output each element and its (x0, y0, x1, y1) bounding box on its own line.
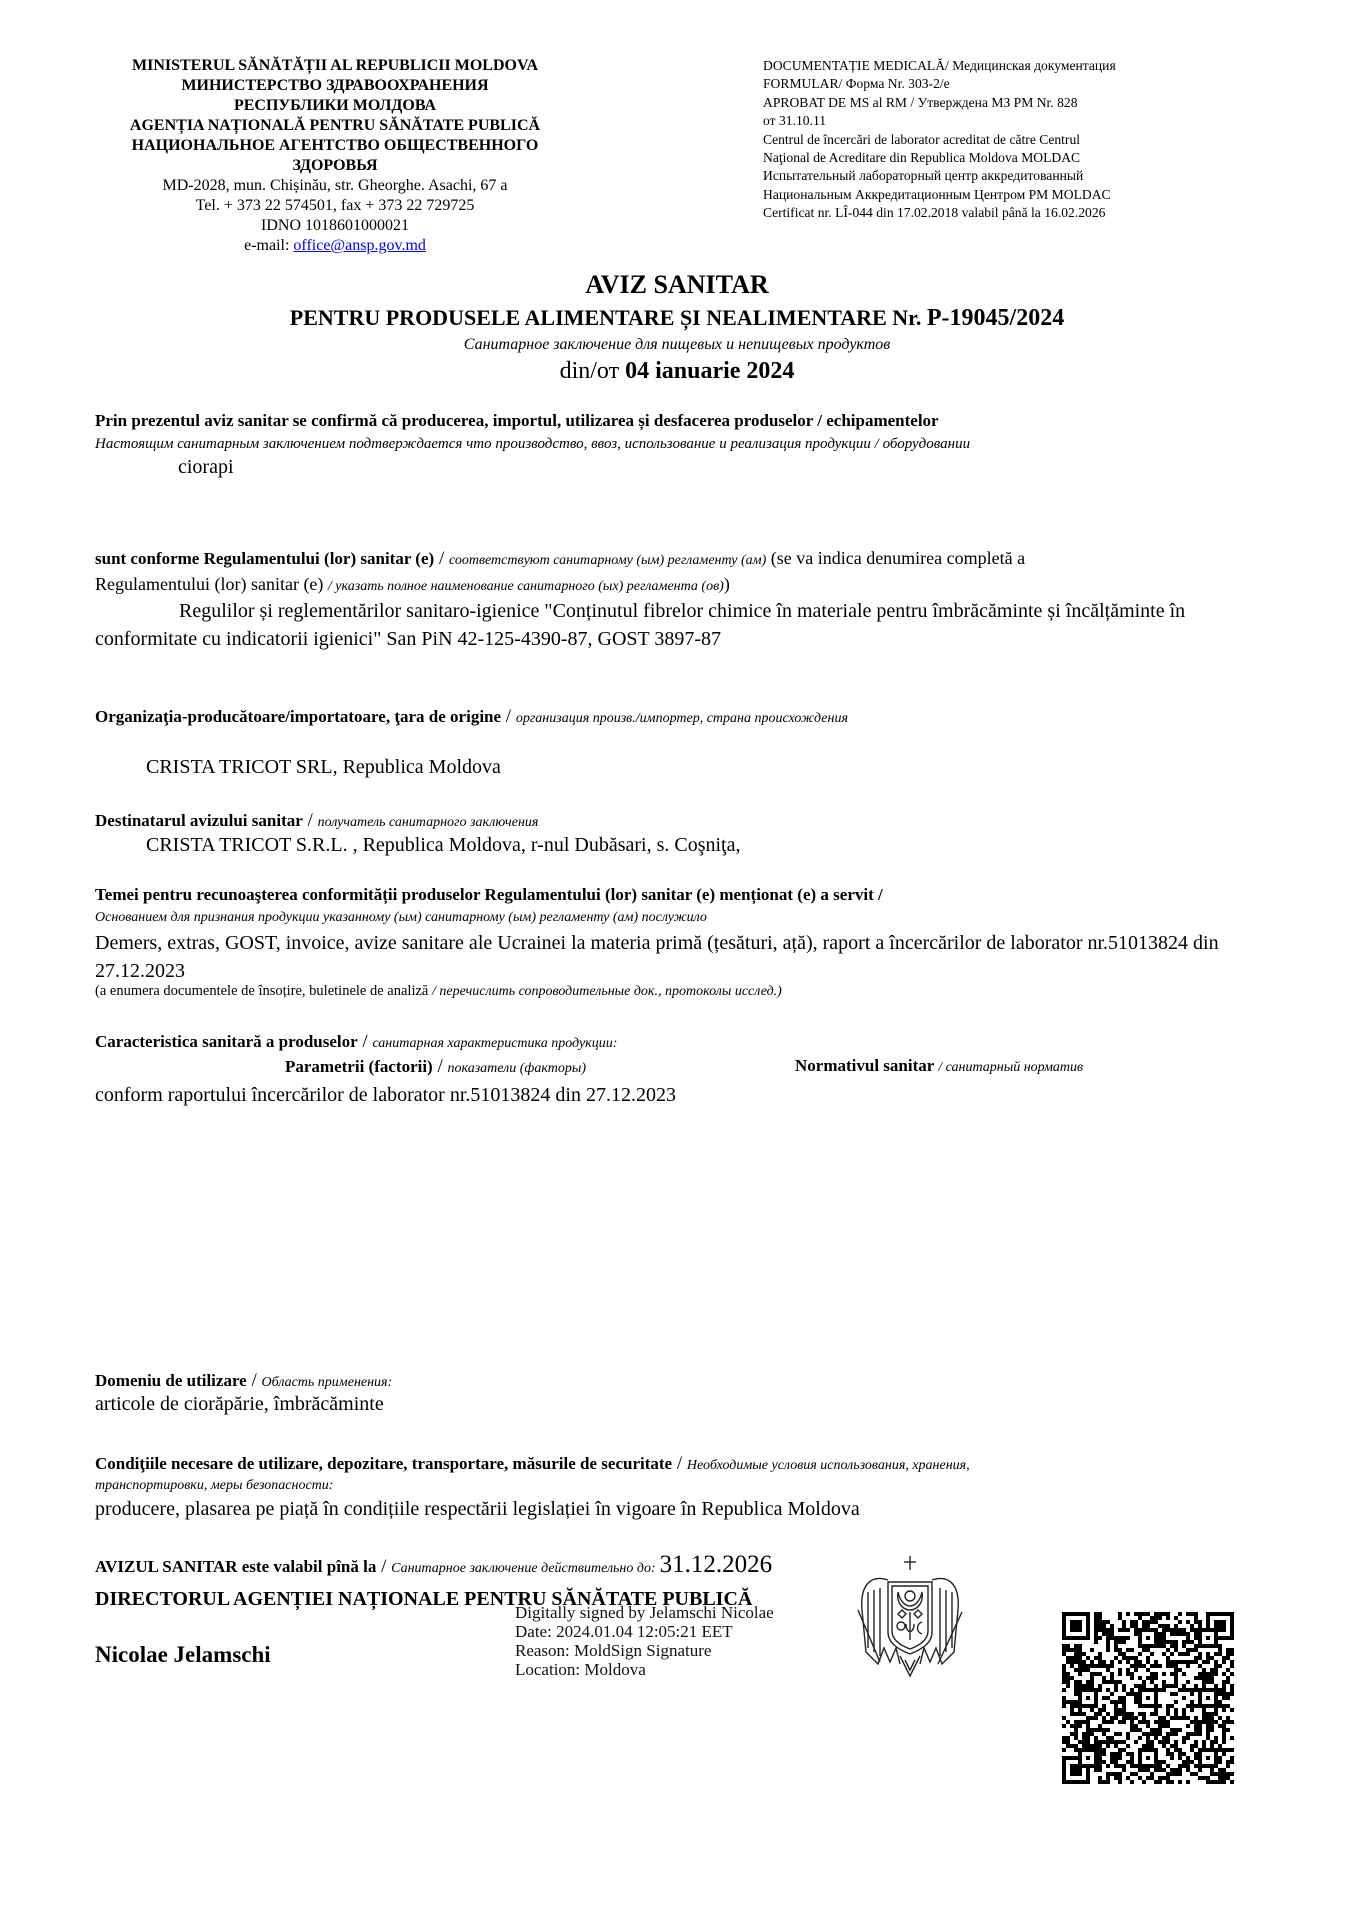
form-meta-line: APROBAT DE MS al RM / Утверждена МЗ РМ N… (763, 94, 1203, 112)
conform-label: sunt conforme Regulamentului (lor) sanit… (95, 549, 434, 568)
norm-label: Normativul sanitar (795, 1056, 934, 1075)
conditions-label: Condiţiile necesare de utilizare, depozi… (95, 1454, 672, 1473)
validity-date: 31.12.2026 (660, 1551, 773, 1578)
form-meta-line: Certificat nr. LÎ-044 din 17.02.2018 val… (763, 204, 1203, 222)
document-number: P-19045/2024 (927, 305, 1064, 331)
separator: / (434, 548, 449, 569)
email-label: e-mail: (244, 237, 293, 254)
conform-label-row: sunt conforme Regulamentului (lor) sanit… (95, 548, 1025, 570)
confirm-label-ru: Настоящим санитарным заключением подтвер… (95, 436, 970, 453)
producer-label: Organizaţia-producătoare/importatoare, ţ… (95, 707, 501, 726)
domain-label-row: Domeniu de utilizare / Область применени… (95, 1370, 392, 1392)
form-meta-line: FORMULAR/ Форма Nr. 303-2/e (763, 75, 1203, 93)
form-meta-line: от 31.10.11 (763, 112, 1203, 130)
separator: / (358, 1031, 373, 1052)
characteristics-label-ru: санитарная характеристика продукции: (372, 1036, 617, 1051)
issuer-header: MINISTERUL SĂNĂTĂȚII AL REPUBLICII MOLDO… (95, 56, 575, 256)
producer-label-ru: организация произв./импортер, страна про… (516, 711, 848, 726)
confirm-label: Prin prezentul aviz sanitar se confirmă … (95, 411, 939, 431)
form-metadata: DOCUMENTAȚIE MEDICALĂ/ Медицинская докум… (763, 57, 1203, 223)
producer-label-row: Organizaţia-producătoare/importatoare, ţ… (95, 706, 848, 728)
separator: / (501, 706, 516, 727)
document-title: AVIZ SANITAR (0, 270, 1354, 300)
parameters-label: Parametrii (factorii) (285, 1057, 433, 1076)
domain-label: Domeniu de utilizare (95, 1371, 247, 1390)
parameters-label-ru: показатели (факторы) (448, 1061, 586, 1076)
conform-note2: Regulamentului (lor) sanitar (e) (95, 574, 328, 594)
form-meta-line: Centrul de încercări de laborator acredi… (763, 131, 1203, 149)
issuer-line: AGENȚIA NAȚIONALĂ PENTRU SĂNĂTATE PUBLIC… (95, 116, 575, 136)
separator: / (247, 1370, 262, 1391)
signature-date: Date: 2024.01.04 12:05:21 EET (515, 1622, 774, 1641)
conditions-label-ru: Необходимые условия использования, хране… (687, 1458, 970, 1473)
grounds-label: Temei pentru recunoaşterea conformității… (95, 885, 883, 905)
signed-by: Digitally signed by Jelamschi Nicolae (515, 1603, 774, 1622)
signature-location: Location: Moldova (515, 1660, 774, 1679)
grounds-label-ru: Основанием для признания продукции указа… (95, 910, 707, 926)
separator: / (303, 810, 318, 831)
parameters-column-header: Parametrii (factorii) / показатели (факт… (285, 1056, 586, 1078)
norm-label-ru: / санитарный норматив (938, 1060, 1083, 1075)
issuer-address: MD-2028, mun. Chișinău, str. Gheorghe. A… (95, 176, 575, 196)
separator: / (376, 1556, 391, 1577)
grounds-note: (a enumera documentele de însoțire, bule… (95, 983, 432, 999)
recipient-value: CRISTA TRICOT S.R.L. , Republica Moldova… (146, 834, 740, 857)
moldova-coat-of-arms-icon (850, 1552, 970, 1682)
digital-signature: Digitally signed by Jelamschi Nicolae Da… (515, 1603, 774, 1679)
separator: / (672, 1453, 687, 1474)
regulation-name: Regulilor și reglementărilor sanitaro-ig… (95, 597, 1265, 653)
grounds-note-ru: / перечислить сопроводительные док., про… (432, 984, 782, 999)
form-meta-line: Naţional de Acreditare din Republica Mol… (763, 149, 1203, 167)
conform-label-ru: соответствуют санитарному (ым) регламент… (449, 553, 766, 568)
conform-label-row2: Regulamentului (lor) sanitar (e) / указа… (95, 574, 730, 595)
conditions-value: producere, plasarea pe piață în condiții… (95, 1498, 860, 1521)
validity-label: AVIZUL SANITAR este valabil pînă la (95, 1557, 376, 1576)
document-date: din/от 04 ianuarie 2024 (0, 358, 1354, 385)
form-meta-line: DOCUMENTAȚIE MEDICALĂ/ Медицинская докум… (763, 57, 1203, 75)
recipient-label-row: Destinatarul avizului sanitar / получате… (95, 810, 538, 832)
issuer-line: ЗДОРОВЬЯ (95, 156, 575, 176)
recipient-label-ru: получатель санитарного заключения (318, 815, 539, 830)
issuer-line: НАЦИОНАЛЬНОЕ АГЕНТСТВО ОБЩЕСТВЕННОГО (95, 136, 575, 156)
document-subtitle-ru: Санитарное заключение для пищевых и непи… (0, 336, 1354, 354)
characteristics-label-row: Caracteristica sanitară a produselor / с… (95, 1031, 617, 1053)
validity-row: AVIZUL SANITAR este valabil pînă la / Са… (95, 1551, 772, 1579)
conditions-label-ru2: транспортировки, меры безопасности: (95, 1478, 333, 1494)
issuer-line: MINISTERUL SĂNĂTĂȚII AL REPUBLICII MOLDO… (95, 56, 575, 76)
grounds-value: Demers, extras, GOST, invoice, avize san… (95, 929, 1265, 985)
issuer-line: РЕСПУБЛИКИ МОЛДОВА (95, 96, 575, 116)
conform-note: (se va indica denumirea completă a (766, 548, 1025, 568)
norm-column-header: Normativul sanitar / санитарный норматив (795, 1056, 1083, 1076)
product-name: ciorapi (178, 456, 234, 479)
validity-label-ru: Санитарное заключение действительно до: (391, 1561, 655, 1576)
characteristics-label: Caracteristica sanitară a produselor (95, 1032, 358, 1051)
domain-label-ru: Область применения: (262, 1375, 393, 1390)
qr-code-icon (1062, 1612, 1234, 1784)
conditions-label-row: Condiţiile necesare de utilizare, depozi… (95, 1453, 970, 1475)
domain-value: articole de ciorăpărie, îmbrăcăminte (95, 1393, 384, 1416)
conform-ru2: / указать полное наименование санитарног… (328, 579, 724, 594)
document-subtitle: PENTRU PRODUSELE ALIMENTARE ȘI NEALIMENT… (0, 305, 1354, 332)
form-meta-line: Испытательный лабораторный центр аккреди… (763, 167, 1203, 185)
issuer-idno: IDNO 1018601000021 (95, 216, 575, 236)
grounds-note-row: (a enumera documentele de însoțire, bule… (95, 983, 782, 1000)
recipient-label: Destinatarul avizului sanitar (95, 811, 303, 830)
form-meta-line: Национальным Аккредитационным Центром РМ… (763, 186, 1203, 204)
issuer-phone: Tel. + 373 22 574501, fax + 373 22 72972… (95, 196, 575, 216)
subtitle-text: PENTRU PRODUSELE ALIMENTARE ȘI NEALIMENT… (290, 305, 927, 330)
date-value: 04 ianuarie 2024 (625, 358, 794, 384)
characteristics-value: conform raportului încercărilor de labor… (95, 1084, 676, 1107)
signature-reason: Reason: MoldSign Signature (515, 1641, 774, 1660)
director-name: Nicolae Jelamschi (95, 1642, 271, 1668)
date-prefix: din/от (560, 358, 626, 384)
issuer-line: МИНИСТЕРСТВО ЗДРАВООХРАНЕНИЯ (95, 76, 575, 96)
email-link[interactable]: office@ansp.gov.md (293, 237, 425, 254)
producer-value: CRISTA TRICOT SRL, Republica Moldova (146, 756, 501, 779)
issuer-email-row: e-mail: office@ansp.gov.md (95, 236, 575, 256)
closing-paren: ) (724, 574, 730, 594)
